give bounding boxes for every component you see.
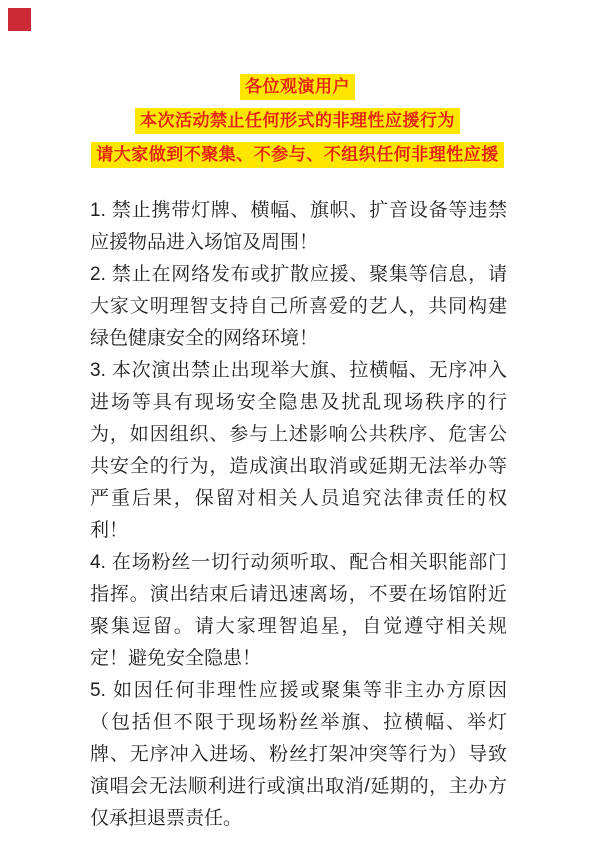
notice-item-4: 4. 在场粉丝一切行动须听取、配合相关职能部门指挥。演出结束后请迅速离场，不要在… [90,547,507,675]
notice-item-5: 5. 如因任何非理性应援或聚集等非主办方原因（包括但不限于现场粉丝举旗、拉横幅、… [90,675,507,835]
notice-item-3: 3. 本次演出禁止出现举大旗、拉横幅、无序冲入进场等具有现场安全隐患及扰乱现场秩… [90,355,507,547]
header-line-1: 各位观演用户 [0,74,595,100]
header-line-3: 请大家做到不聚集、不参与、不组织任何非理性应援 [0,142,595,168]
header-line-2: 本次活动禁止任何形式的非理性应援行为 [0,108,595,134]
notice-body: 1. 禁止携带灯牌、横幅、旗帜、扩音设备等违禁应援物品进入场馆及周围！ 2. 禁… [0,195,595,835]
header-highlight-3: 请大家做到不聚集、不参与、不组织任何非理性应援 [91,142,504,168]
header-highlight-1: 各位观演用户 [240,74,355,100]
header-highlight-2: 本次活动禁止任何形式的非理性应援行为 [135,108,460,134]
notice-page: 各位观演用户 本次活动禁止任何形式的非理性应援行为 请大家做到不聚集、不参与、不… [0,0,595,841]
notice-item-1: 1. 禁止携带灯牌、横幅、旗帜、扩音设备等违禁应援物品进入场馆及周围！ [90,195,507,259]
notice-header: 各位观演用户 本次活动禁止任何形式的非理性应援行为 请大家做到不聚集、不参与、不… [0,74,595,176]
red-corner-mark [8,8,31,31]
notice-item-2: 2. 禁止在网络发布或扩散应援、聚集等信息，请大家文明理智支持自己所喜爱的艺人，… [90,259,507,355]
